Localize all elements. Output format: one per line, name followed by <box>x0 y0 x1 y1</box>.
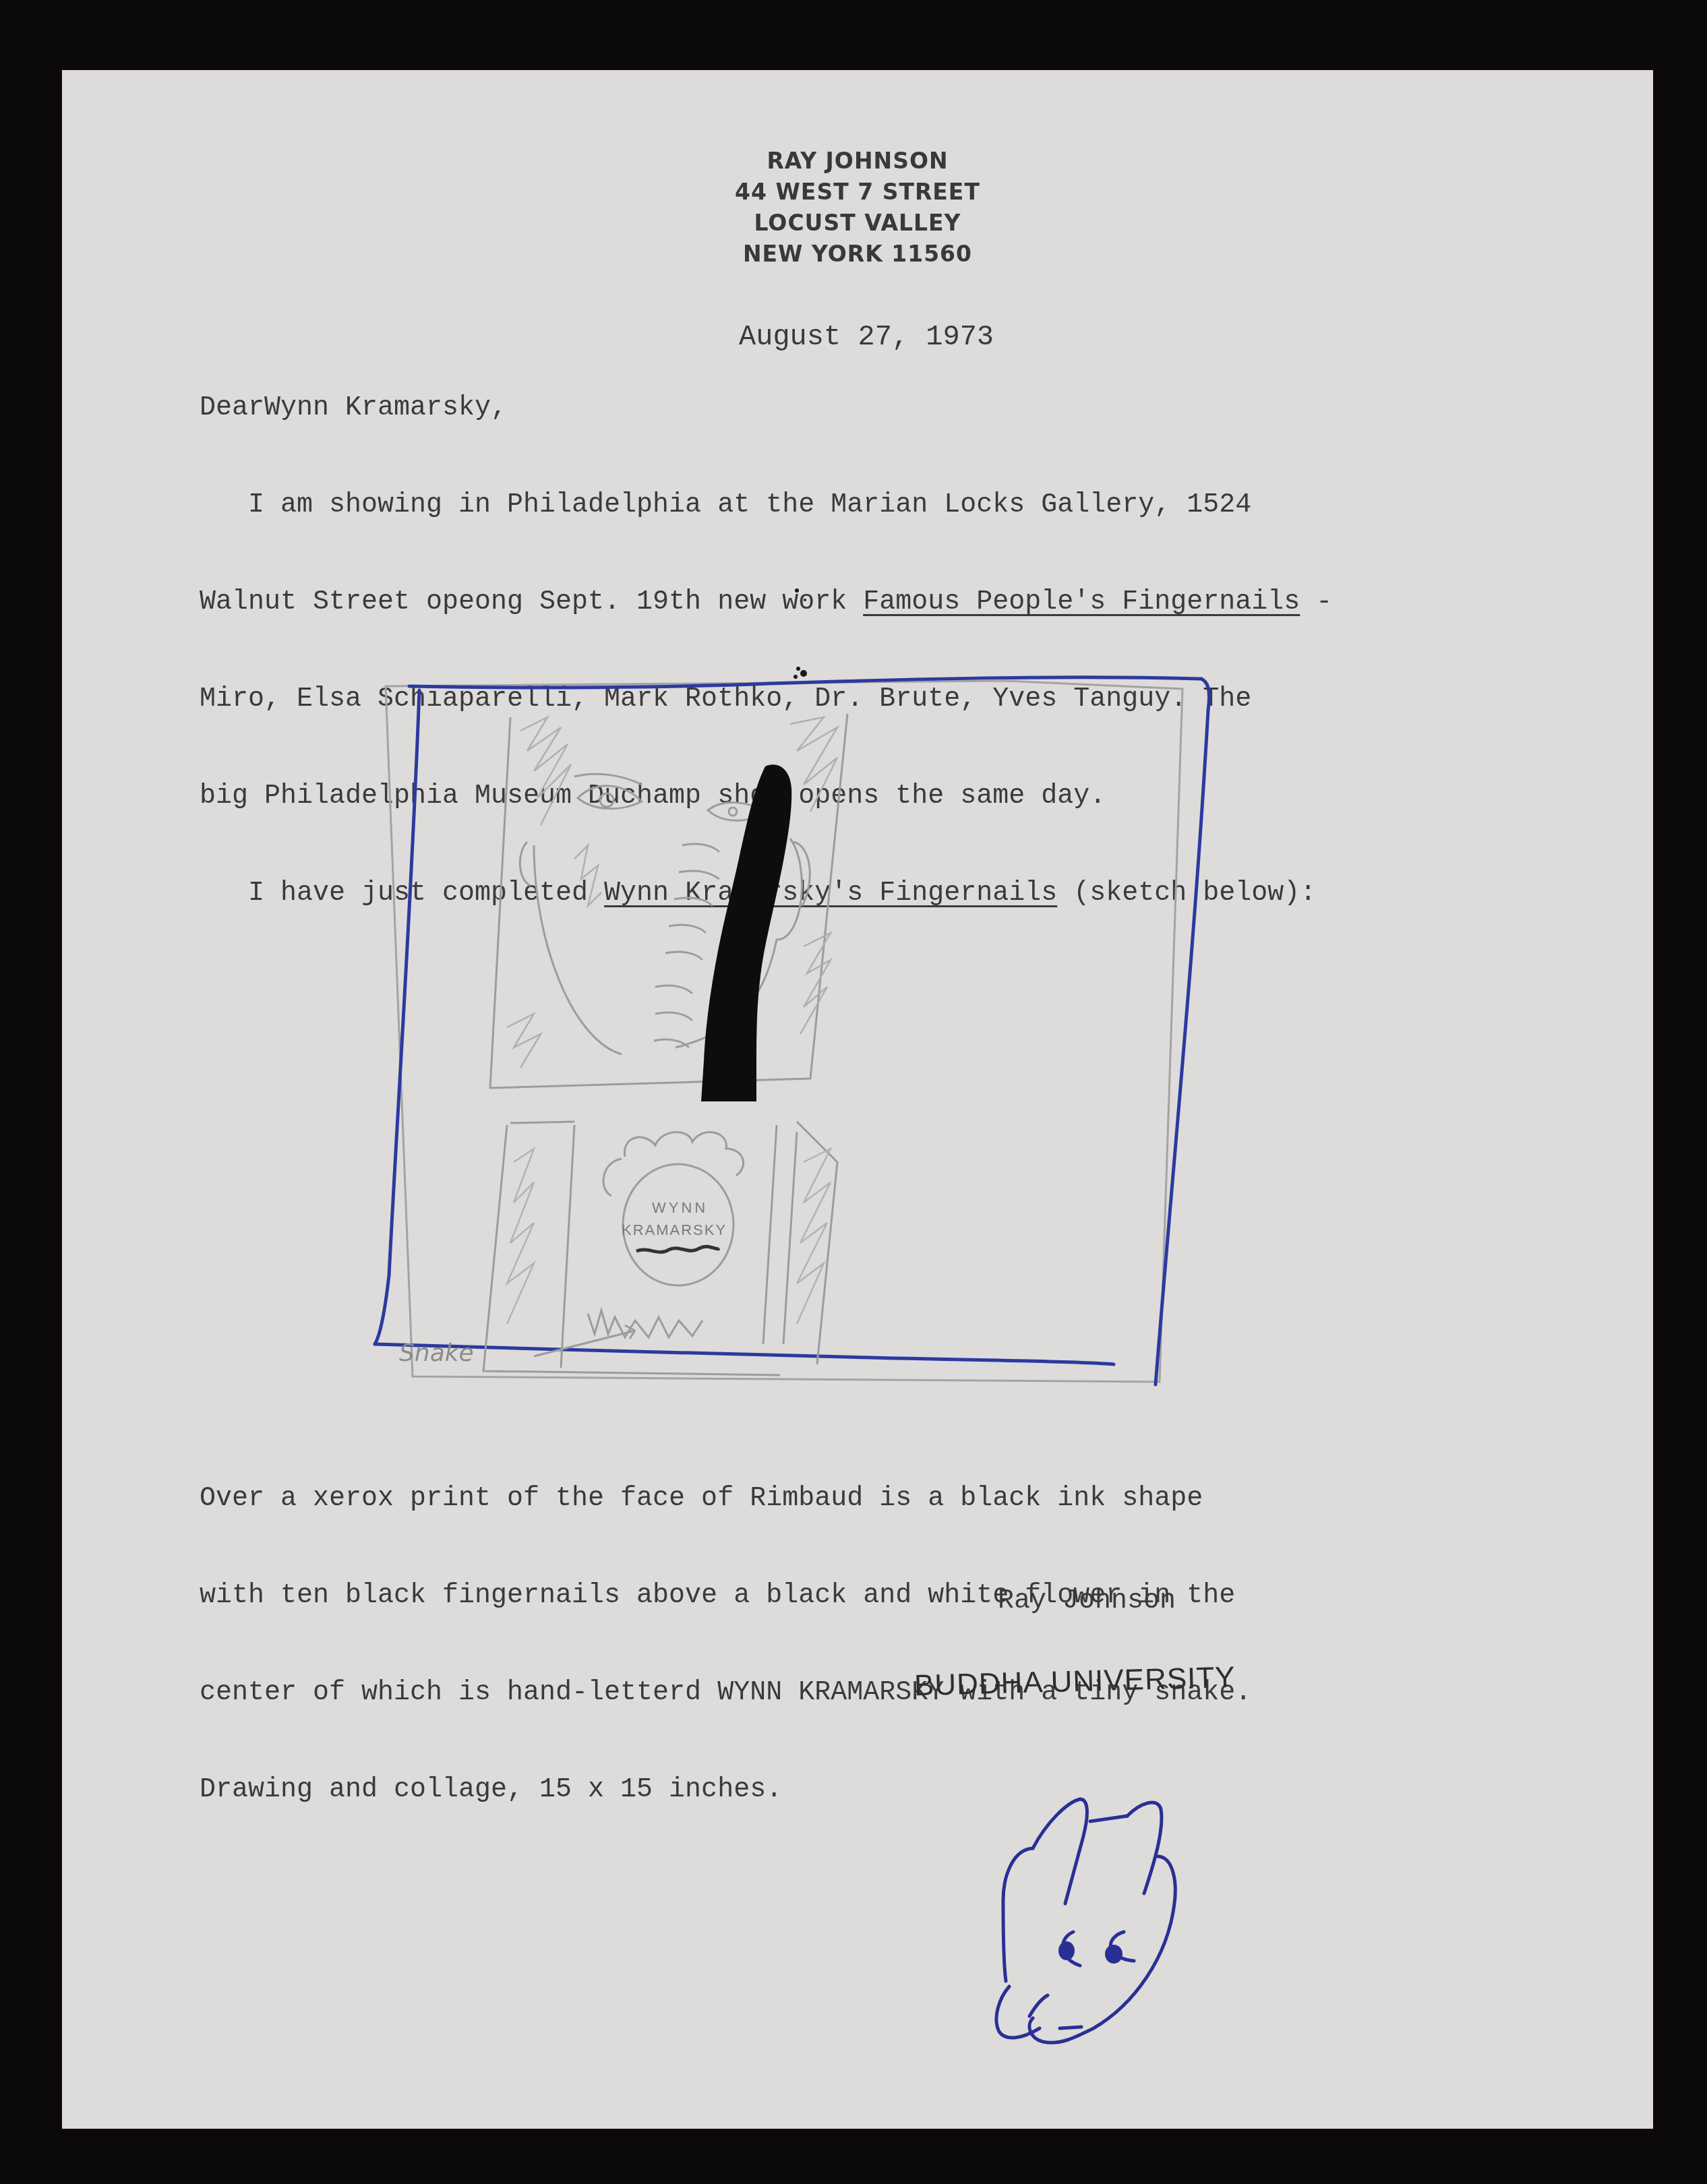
bunny-head-icon <box>62 70 1653 2129</box>
letter-paper: RAY JOHNSON 44 WEST 7 STREET LOCUST VALL… <box>62 70 1653 2129</box>
